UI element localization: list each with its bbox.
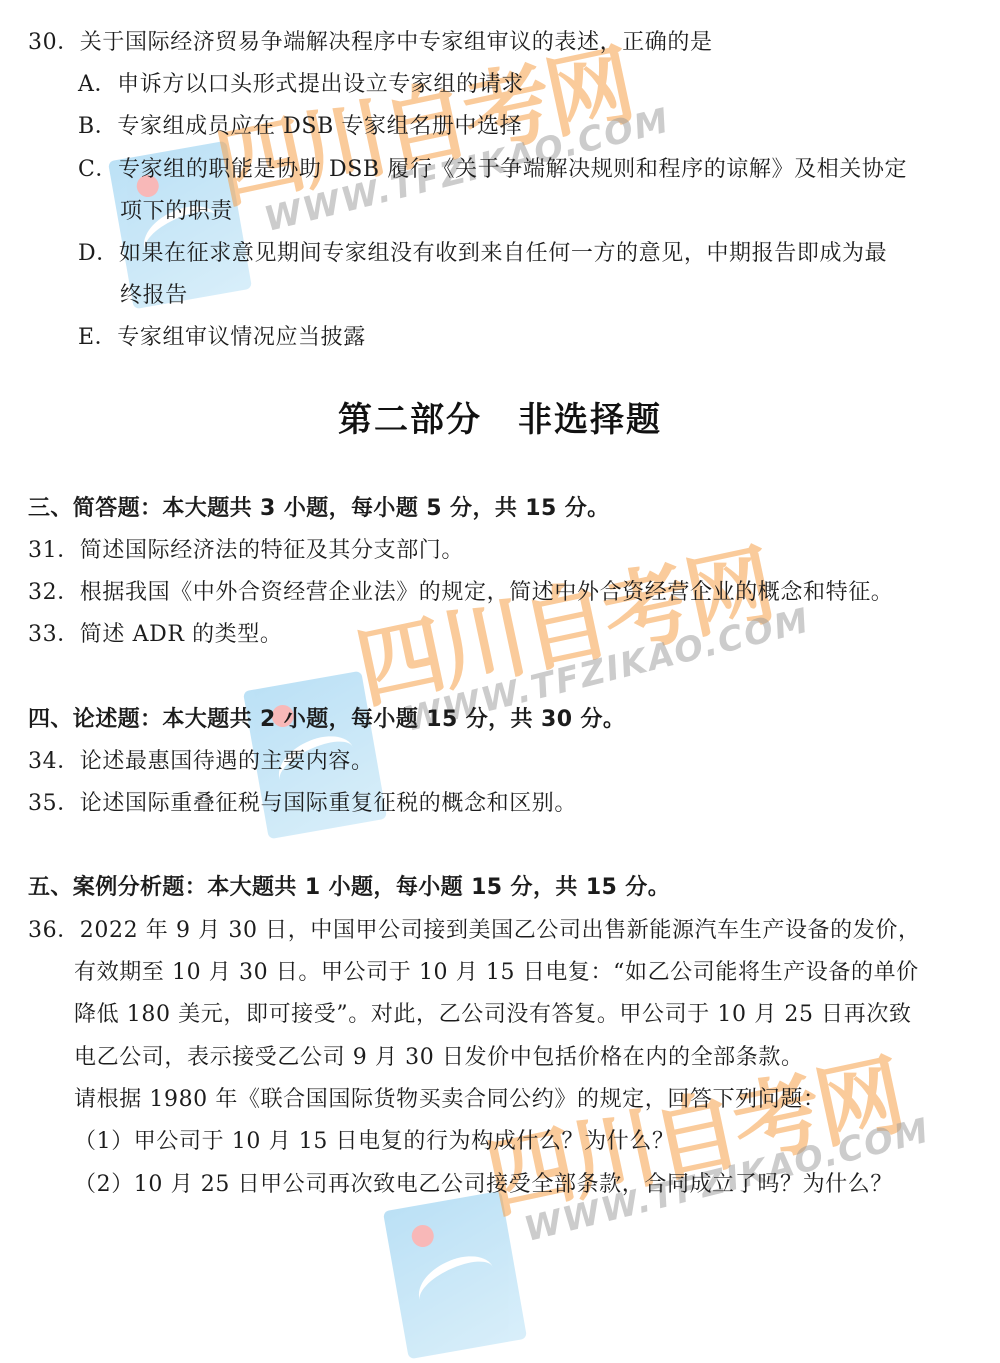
- question-36-line-2: 有效期至 10 月 30 日。甲公司于 10 月 15 日电复：“如乙公司能将生…: [74, 958, 919, 988]
- question-31: 31．简述国际经济法的特征及其分支部门。: [28, 536, 464, 566]
- part-title-type: 非选择题: [518, 400, 662, 440]
- question-30-stem: 30．关于国际经济贸易争端解决程序中专家组审议的表述，正确的是: [28, 28, 713, 58]
- section-3-heading: 三、简答题：本大题共 3 小题，每小题 5 分，共 15 分。: [28, 494, 610, 524]
- watermark-logo-icon: [383, 1191, 527, 1360]
- question-33: 33．简述 ADR 的类型。: [28, 620, 282, 650]
- option-e: E．专家组审议情况应当披露: [78, 323, 366, 353]
- question-32: 32．根据我国《中外合资经营企业法》的规定，简述中外合资经营企业的概念和特征。: [28, 578, 893, 608]
- question-36-line-4: 电乙公司，表示接受乙公司 9 月 30 日发价中包括价格在内的全部条款。: [74, 1043, 804, 1073]
- question-36-line-3: 降低 180 美元，即可接受”。对此，乙公司没有答复。甲公司于 10 月 25 …: [74, 1000, 912, 1030]
- question-36-sub-1: （1）甲公司于 10 月 15 日电复的行为构成什么？为什么？: [74, 1127, 675, 1157]
- section-4-heading: 四、论述题：本大题共 2 小题，每小题 15 分，共 30 分。: [28, 705, 625, 735]
- option-d-continued: 终报告: [120, 281, 188, 311]
- part-title-number: 第二部分: [338, 400, 482, 440]
- option-d: D．如果在征求意见期间专家组没有收到来自任何一方的意见，中期报告即成为最: [78, 239, 887, 269]
- question-35: 35．论述国际重叠征税与国际重复征税的概念和区别。: [28, 789, 577, 819]
- option-c-continued: 项下的职责: [120, 197, 233, 227]
- option-c: C．专家组的职能是协助 DSB 履行《关于争端解决规则和程序的谅解》及相关协定: [78, 155, 907, 185]
- option-b: B．专家组成员应在 DSB 专家组名册中选择: [78, 112, 522, 142]
- question-34: 34．论述最惠国待遇的主要内容。: [28, 747, 374, 777]
- section-5-heading: 五、案例分析题：本大题共 1 小题，每小题 15 分，共 15 分。: [28, 873, 670, 903]
- question-36-instruction: 请根据 1980 年《联合国国际货物买卖合同公约》的规定，回答下列问题：: [74, 1085, 826, 1115]
- question-36-sub-2: （2）10 月 25 日甲公司再次致电乙公司接受全部条款，合同成立了吗？为什么？: [74, 1170, 893, 1200]
- option-a: A．申诉方以口头形式提出设立专家组的请求: [78, 70, 524, 100]
- part-title: 第二部分非选择题: [0, 398, 1000, 442]
- question-36-line-1: 36．2022 年 9 月 30 日，中国甲公司接到美国乙公司出售新能源汽车生产…: [28, 916, 921, 946]
